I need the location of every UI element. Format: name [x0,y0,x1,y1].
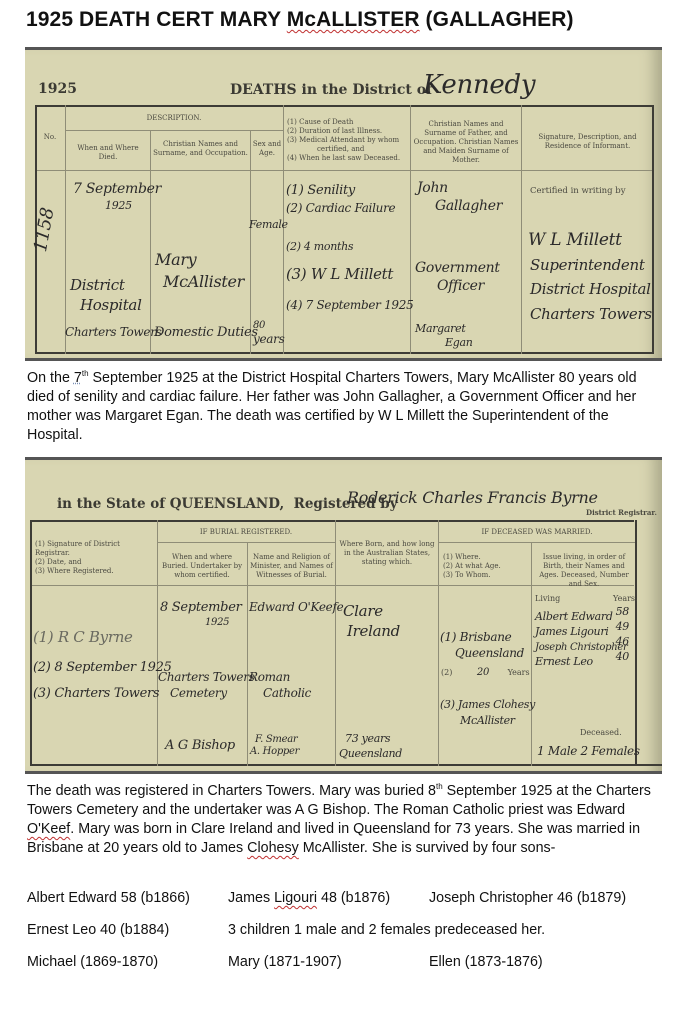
married-age: 20 [477,667,489,678]
place-died-2: Hospital [80,296,142,314]
religion-1: Roman [249,670,290,684]
death-certificate-image-bottom: in the State of QUEENSLAND, Registered b… [25,457,662,774]
title-prefix: 1925 DEATH CERT MARY [26,8,287,31]
age-unit: years [253,332,284,346]
col-rule [150,130,151,354]
text-run: The death was registered in Charters Tow… [27,783,428,799]
cause-line: certified, and [287,145,409,154]
col-header-sex-age: Sex and Age. [251,140,283,158]
col-rule [247,542,248,766]
heading-text: in the State of [57,496,170,512]
header-line: (2) Date, and [35,558,155,567]
col-rule [438,520,439,766]
header-line: (3) Where Registered. [35,567,155,576]
religion-2: Catholic [263,686,311,700]
child-name: Ernest Leo [535,655,593,668]
col-rule [335,520,336,766]
col-header-informant: Signature, Description, and Residence of… [525,133,650,151]
day-number: 7 [74,370,82,386]
page-title: 1925 DEATH CERT MARY McALLISTER (GALLAGH… [26,8,574,32]
title-surname: McALLISTER [287,8,420,31]
minister-name: Edward O'Keefe [249,600,343,614]
header-line: (2) At what Age. [443,562,529,571]
cause-of-death-2: (2) Cardiac Failure [286,201,395,215]
header-line: (1) Signature of District Registrar. [35,540,155,558]
surname: McAllister [163,272,244,291]
informant-place-2: Charters Towers [530,305,652,323]
witness-1: F. Smear [255,734,297,745]
col-rule [410,105,411,354]
father-given: John [417,180,448,196]
col-header-burial-group: IF BURIAL REGISTERED. [157,528,335,537]
informant-title: Superintendent [530,256,645,274]
mother-given: Margaret [415,322,465,335]
date-died: 7 September [73,181,161,197]
col-header-married-group: IF DECEASED WAS MARRIED. [438,528,636,537]
death-certificate-image-top: 1925 DEATHS in the District of Kennedy N… [25,47,662,361]
medical-attendant: (3) W L Millett [286,265,393,283]
col-rule [635,520,637,766]
cause-line: (2) Duration of last Illness. [287,127,409,136]
child-entry: Albert Edward 58 (b1866) [27,890,190,906]
illness-duration: (2) 4 months [286,240,353,253]
deceased-children: 1 Male 2 Females [537,744,640,758]
col-header-description: DESCRIPTION. [65,114,283,123]
col-header-born: Where Born, and how long in the Australi… [338,540,436,567]
burial-date: 8 September [160,600,242,615]
header-line: (1) Where. [443,553,529,562]
col-header-issue: Issue living, in order of Birth, their N… [535,553,633,589]
witness-2: A. Hopper [250,746,299,757]
col-rule [157,520,158,766]
married-age-unit: Years [508,668,530,677]
district-name: Kennedy [423,70,535,100]
misspelled-name: Ligouri [274,890,317,906]
year-died: 1925 [105,199,132,212]
priest-surname: O'Keef [27,821,70,837]
day-suffix: th [436,782,443,791]
years-label: Years. [613,594,638,603]
married-age-prefix: (2) [441,668,452,677]
col-header-names: Christian Names and Surname, and Occupat… [153,140,248,158]
spouse-name-1: (3) James Clohesy [440,698,535,711]
father-occupation-1: Government [415,260,500,276]
col-rule [250,130,251,354]
birthplace-2: Ireland [347,622,400,640]
state-lived: Queensland [339,747,402,760]
occupation: Domestic Duties [154,325,258,340]
child-entry: Mary (1871-1907) [228,954,342,970]
register-year: 1925 [38,81,77,97]
age-number: 80 [253,320,265,331]
registrar-label: District Registrar. [586,508,657,517]
informant-label: Certified in writing by [530,186,626,196]
years-in-state: 73 years [345,732,390,745]
child-entry: James Ligouri 48 (b1876) [228,890,390,906]
child-living-row: James Ligouri49 [535,620,633,635]
children-living-list: Albert Edward58 James Ligouri49 Joseph C… [535,605,633,665]
cause-of-death-1: (1) Senility [286,183,355,198]
child-entry: Ernest Leo 40 (b1884) [27,922,169,938]
summary-paragraph-2: The death was registered in Charters Tow… [27,782,657,858]
cause-line: (3) Medical Attendant by whom [287,136,409,145]
child-living-row: Albert Edward58 [535,605,633,620]
registrar-signature: (1) R C Byrne [33,628,133,646]
informant-place-1: District Hospital [530,280,651,298]
table-top-rule [35,105,653,107]
cause-line: (1) Cause of Death [287,118,409,127]
married-age-row: (2) 20 Years [441,667,530,678]
col-header-parents: Christian Names and Surname of Father, a… [413,120,519,165]
child-age: 58 [616,605,629,618]
col-header-registrar: (1) Signature of District Registrar. (2)… [35,540,155,576]
father-occupation-2: Officer [437,278,484,294]
text-run: 48 (b1876) [317,890,390,906]
cause-line: (4) When he last saw Deceased. [287,154,409,163]
burial-rule [157,542,335,543]
child-living-row: Joseph Christopher46 [535,635,633,650]
text-run: September 1925 at the District Hospital … [27,370,637,443]
col-rule [30,520,32,766]
child-entry: Joseph Christopher 46 (b1879) [429,890,626,906]
living-label: Living [535,594,560,603]
header-bottom-rule [35,170,653,171]
col-header-minister: Name and Religion of Minister, and Names… [249,553,334,580]
place-died-1: District [70,276,125,294]
col-header-cause: (1) Cause of Death (2) Duration of last … [287,118,409,163]
undertaker: A G Bishop [165,738,235,753]
text-run: James [228,890,274,906]
husband-middle-name: Clohesy [247,840,299,856]
child-age: 46 [616,635,629,648]
married-place-2: Queensland [455,646,524,660]
place-died-3: Charters Towers [65,325,162,339]
deceased-label: Deceased. [580,728,622,737]
header-line: (3) To Whom. [443,571,529,580]
informant-name: W L Millett [528,230,622,250]
col-header-when-where: When and Where Died. [67,144,149,162]
title-suffix: (GALLAGHER) [420,8,574,31]
child-age: 49 [616,620,629,633]
child-entry: Michael (1869-1870) [27,954,158,970]
day-suffix: th [82,369,89,378]
registration-date: (2) 8 September 1925 [33,660,172,675]
burial-place-2: Cemetery [170,686,227,700]
child-living-row: Ernest Leo40 [535,650,633,665]
state-name: QUEENSLAND, [170,496,284,512]
child-age: 40 [616,650,629,663]
child-entry: Ellen (1873-1876) [429,954,543,970]
register-heading: DEATHS in the District of [230,82,432,98]
text-run: On the [27,370,74,386]
married-place-1: (1) Brisbane [440,630,511,644]
last-seen-date: (4) 7 September 1925 [286,298,413,312]
given-name: Mary [155,250,196,269]
predeceased-note: 3 children 1 male and 2 females predecea… [228,922,545,938]
burial-year: 1925 [205,617,229,628]
married-rule [438,542,636,543]
day-number: 8 [428,783,436,799]
mother-surname: Egan [445,336,473,349]
sex: Female [249,218,288,231]
text-run: McAllister. She is survived by four sons… [299,840,556,856]
registrar-name: Roderick Charles Francis Byrne [347,488,598,507]
col-header-no: No. [35,133,65,142]
father-surname: Gallagher [435,198,502,214]
burial-place-1: Charters Towers [158,670,255,684]
spouse-name-2: McAllister [460,714,515,727]
table-bottom-rule [30,764,662,766]
col-rule [65,105,66,354]
table-bottom-rule [35,352,653,354]
birthplace-1: Clare [343,602,383,620]
col-header-married-where: (1) Where. (2) At what Age. (3) To Whom. [443,553,529,580]
registration-place: (3) Charters Towers [33,686,159,701]
col-rule [531,542,532,766]
summary-paragraph-1: On the 7th September 1925 at the Distric… [27,369,657,445]
table-top-rule [30,520,634,522]
col-rule [652,105,654,354]
col-rule [521,105,522,354]
col-header-burial-when: When and where Buried. Undertaker by who… [159,553,245,580]
